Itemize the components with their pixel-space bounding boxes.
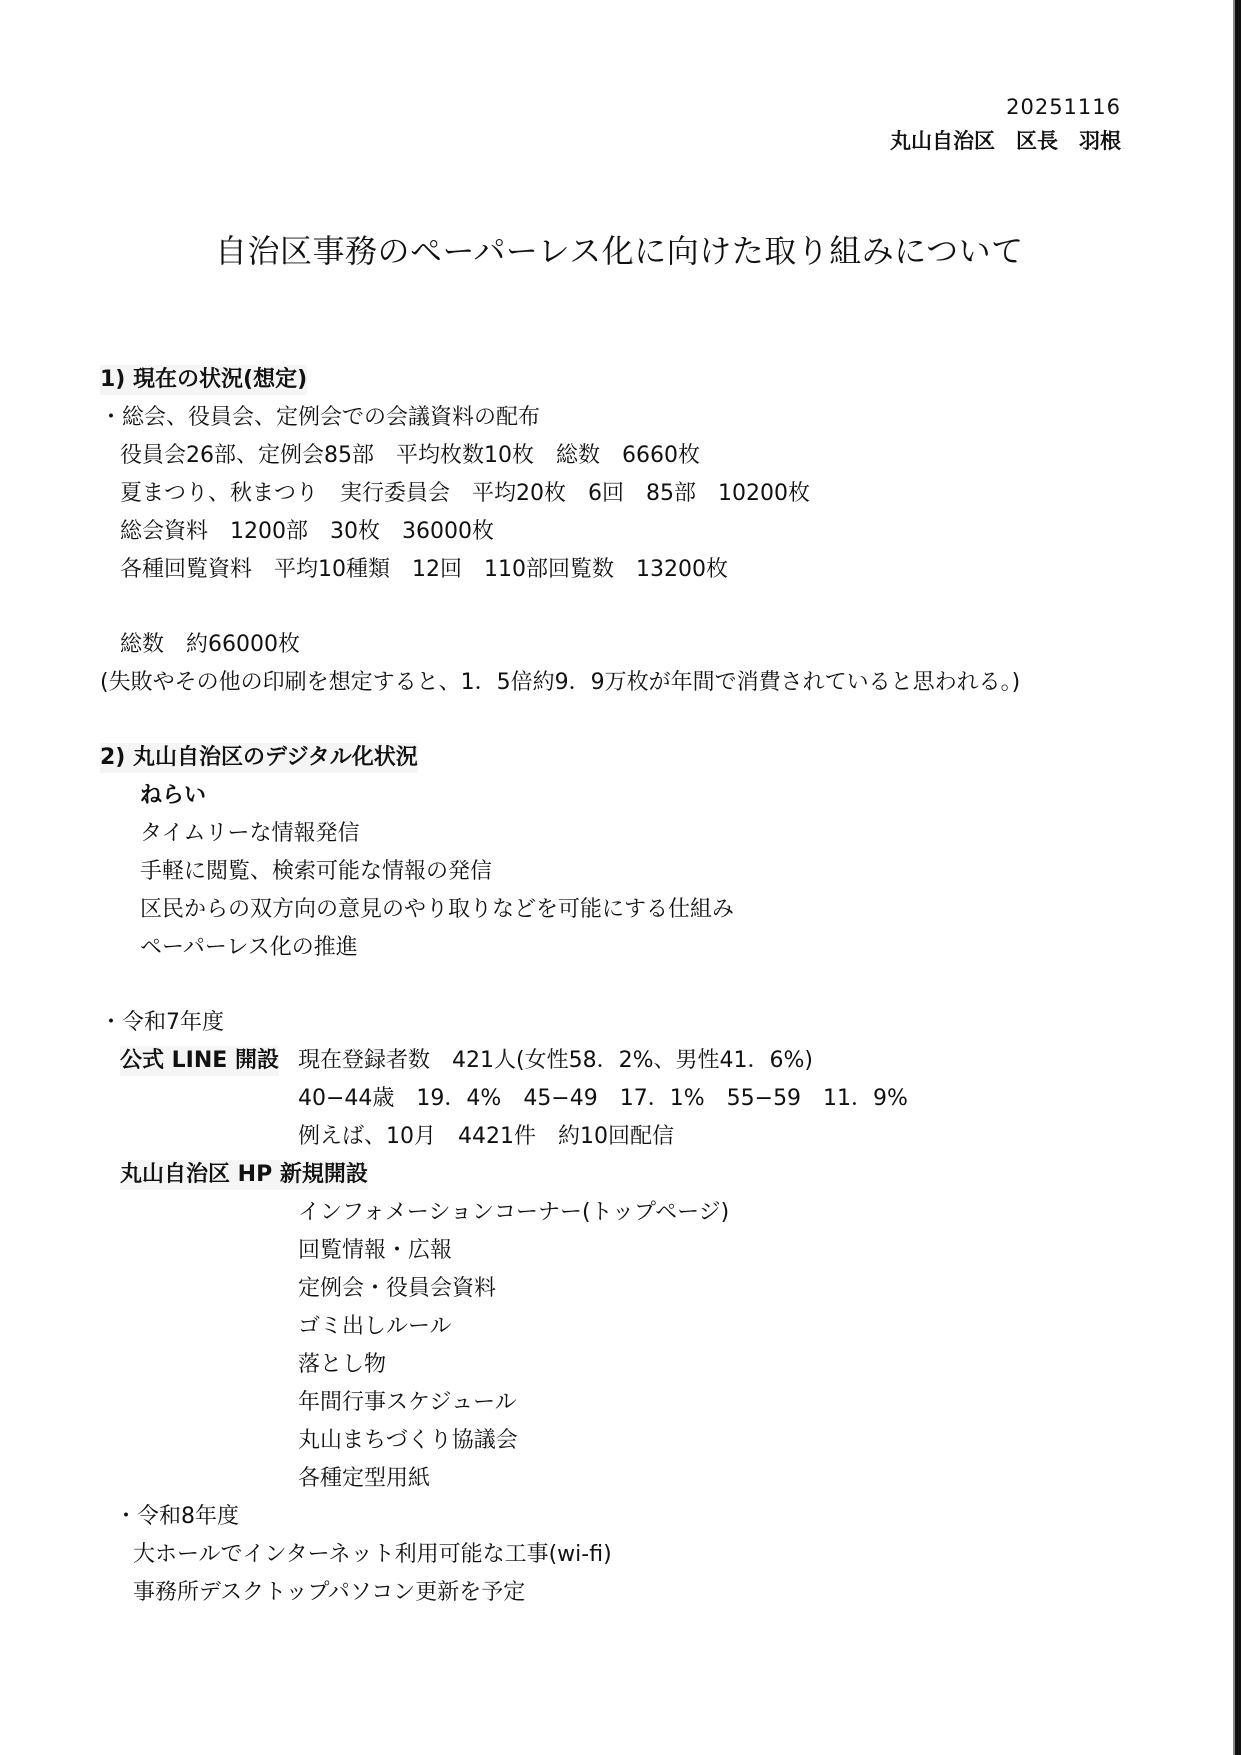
hp-item: 落とし物 [298,1350,386,1380]
section1-line: 総会資料 1200部 30枚 36000枚 [120,517,494,547]
r8-item: 事務所デスクトップパソコン更新を予定 [133,1578,525,1608]
document-author: 丸山自治区 区長 羽根 [890,126,1121,156]
section1-line: 役員会26部、定例会85部 平均枚数10枚 総数 6660枚 [120,441,700,471]
document-date: 20251116 [1006,92,1121,122]
aim-item: タイムリーな情報発信 [140,819,360,849]
aim-item: 区民からの双方向の意見のやり取りなどを可能にする仕組み [140,895,734,925]
section1-heading: 1) 現在の状況(想定) [100,365,307,395]
line-detail: 40−44歳 19．4% 45−49 17．1% 55−59 11．9% [298,1084,908,1114]
hp-item: インフォメーションコーナー(トップページ) [298,1198,729,1228]
document-title: 自治区事務のペーパーレス化に向けた取り組みについて [215,230,1024,272]
line-label: 公式 LINE 開設 [120,1046,279,1076]
section1-bullet: ・総会、役員会、定例会での会議資料の配布 [100,403,540,433]
hp-item: 各種定型用紙 [298,1464,430,1494]
section2-heading: 2) 丸山自治区のデジタル化状況 [100,743,418,773]
line-detail: 現在登録者数 421人(女性58．2%、男性41．6%) [298,1046,813,1076]
r8-item: 大ホールでインターネット利用可能な工事(wi-fi) [133,1540,612,1570]
section1-total: 総数 約66000枚 [120,630,300,660]
hp-item: 年間行事スケジュール [298,1388,517,1418]
hp-item: 回覧情報・広報 [298,1236,452,1266]
r7-label: ・令和7年度 [100,1008,224,1038]
hp-item: ゴミ出しルール [298,1312,452,1342]
r8-label: ・令和8年度 [115,1502,239,1532]
line-detail: 例えば、10月 4421件 約10回配信 [298,1122,674,1152]
aim-item: ペーパーレス化の推進 [140,933,358,963]
hp-item: 定例会・役員会資料 [298,1274,496,1304]
section1-line: 各種回覧資料 平均10種類 12回 110部回覧数 13200枚 [120,555,728,585]
aims-label: ねらい [140,781,206,811]
hp-item: 丸山まちづくり協議会 [298,1426,518,1456]
document-page: 20251116 丸山自治区 区長 羽根 自治区事務のペーパーレス化に向けた取り… [0,0,1241,1755]
section1-note: (失敗やその他の印刷を想定すると、1．5倍約9．9万枚が年間で消費されていると思… [100,668,1020,698]
scan-edge-border [1235,0,1241,1755]
hp-label: 丸山自治区 HP 新規開設 [120,1160,368,1190]
aim-item: 手軽に閲覧、検索可能な情報の発信 [140,857,492,887]
section1-line: 夏まつり、秋まつり 実行委員会 平均20枚 6回 85部 10200枚 [120,479,810,509]
